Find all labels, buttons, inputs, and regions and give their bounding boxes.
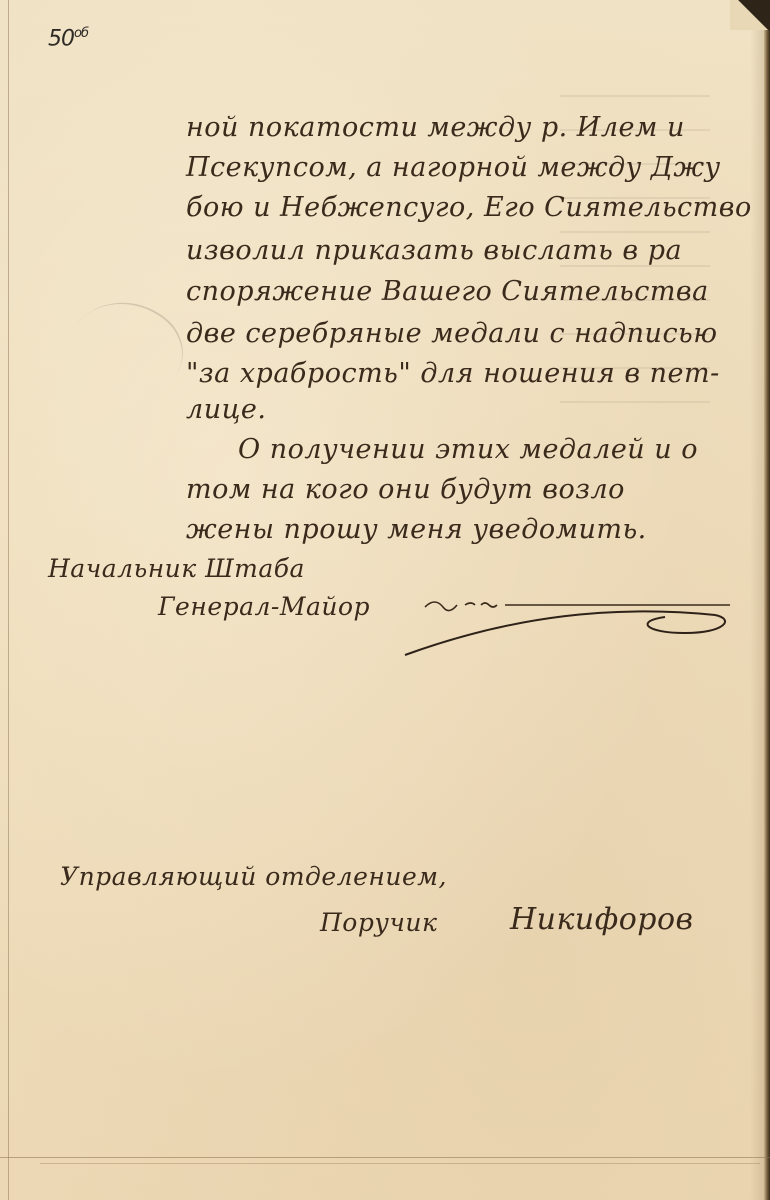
body-line-9: О получении этих медалей и о [238, 434, 698, 465]
pencil-mark [50, 277, 199, 425]
document-page: 50об ной покатости между р. Илем и Псеку… [0, 0, 770, 1200]
signature-flourish-icon [395, 585, 735, 665]
body-line-6: две серебряные медали с надписью [186, 318, 718, 349]
binding-edge [764, 0, 770, 1200]
chief-of-staff-title: Начальник Штаба [48, 554, 305, 583]
lieutenant-rank: Поручик [320, 908, 437, 937]
folio-number-value: 50 [48, 26, 74, 51]
body-line-4: изволил приказать выслать в ра [186, 235, 682, 266]
body-line-11: жены прошу меня уведомить. [186, 514, 647, 545]
body-line-3: бою и Небжепсуго, Его Сиятельство [186, 192, 752, 223]
page-edge-shadow [750, 0, 764, 1200]
body-line-8: лице. [186, 394, 266, 425]
bottom-fold-line-2 [40, 1163, 760, 1164]
department-manager-title: Управляющий отделением, [60, 862, 447, 891]
body-line-2: Псекупсом, а нагорной между Джу [186, 152, 721, 183]
bottom-fold-line [0, 1157, 770, 1158]
folio-suffix: об [74, 26, 88, 41]
major-general-rank: Генерал-Майор [158, 592, 370, 621]
body-line-10: том на кого они будут возло [186, 474, 625, 505]
left-margin-line [8, 0, 9, 1200]
folio-number: 50об [48, 26, 88, 51]
body-line-7: "за храбрость" для ношения в пет- [186, 358, 720, 389]
body-line-5: споряжение Вашего Сиятельства [186, 276, 709, 307]
signature-name: Никифоров [510, 902, 694, 937]
body-line-1: ной покатости между р. Илем и [186, 112, 685, 143]
corner-fold [730, 0, 770, 30]
